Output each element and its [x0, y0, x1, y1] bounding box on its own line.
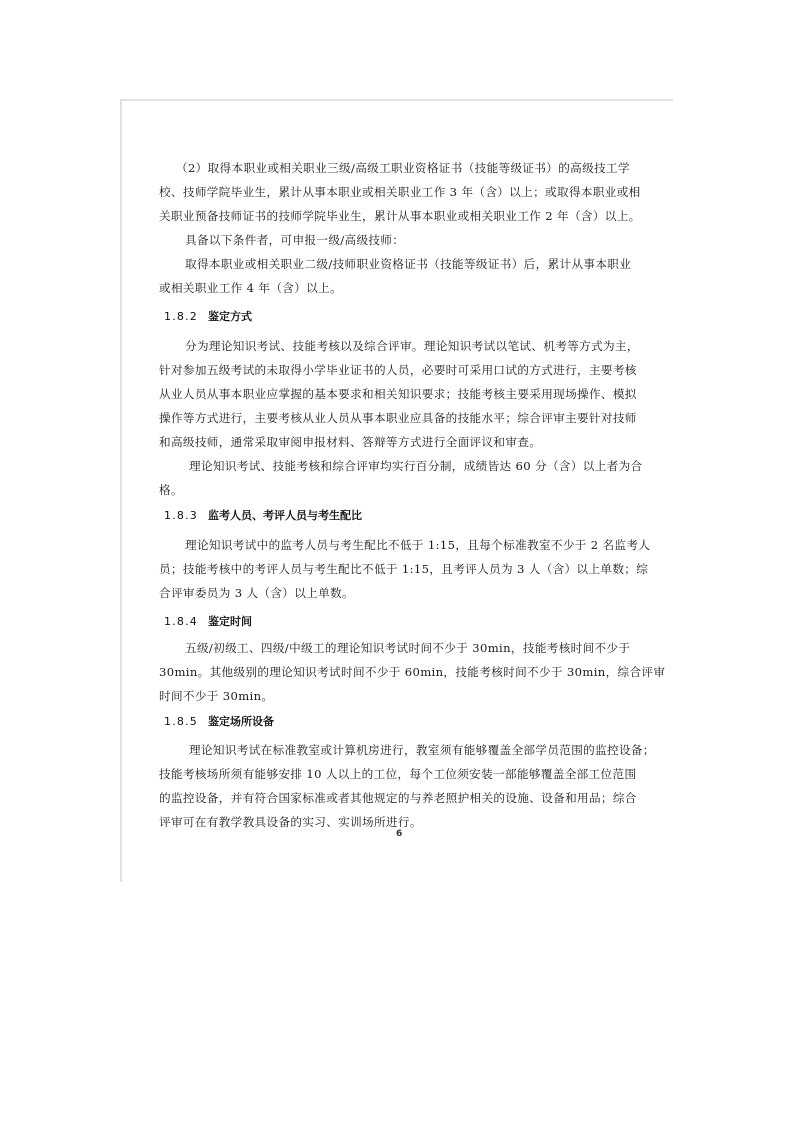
paragraph-line: 理论知识考试在标准教室或计算机房进行，教室须有能够覆盖全部学员范围的监控设备；	[189, 742, 655, 758]
paragraph-line: （2）取得本职业或相关职业三级/高级工职业资格证书（技能等级证书）的高级技工学	[176, 160, 630, 176]
paragraph-line: 评审可在有教学教具设备的实习、实训场所进行。	[159, 814, 422, 830]
paragraph-line: 针对参加五级考试的未取得小学毕业证书的人员，必要时可采用口试的方式进行，主要考核	[159, 362, 637, 378]
section-title: 监考人员、考评人员与考生配比	[208, 509, 362, 522]
section-title: 鉴定方式	[208, 310, 252, 323]
section-title: 鉴定时间	[208, 615, 252, 628]
paragraph-line: 校、技师学院毕业生，累计从事本职业或相关职业工作 3 年（含）以上；或取得本职业…	[159, 184, 641, 200]
paragraph-line: 五级/初级工、四级/中级工的理论知识考试时间不少于 30min，技能考核时间不少…	[185, 640, 630, 656]
paragraph-line: 操作等方式进行，主要考核从业人员从事本职业应具备的技能水平；综合评审主要针对技师	[159, 410, 637, 426]
paragraph-line: 技能考核场所须有能够安排 10 人以上的工位，每个工位须安装一部能够覆盖全部工位…	[159, 766, 636, 782]
section-number: 1.8.3	[164, 509, 198, 522]
paragraph-line: 格。	[159, 482, 183, 498]
paragraph-line: 分为理论知识考试、技能考核以及综合评审。理论知识考试以笔试、机考等方式为主，	[185, 338, 639, 354]
paragraph-line: 具备以下条件者，可申报一级/高级技师：	[185, 232, 404, 248]
section-number: 1.8.2	[164, 310, 198, 323]
paragraph-line: 时间不少于 30min。	[159, 688, 273, 704]
section-heading-1-8-5: 1.8.5鉴定场所设备	[164, 713, 274, 729]
paragraph-line: 理论知识考试、技能考核和综合评审均实行百分制，成绩皆达 60 分（含）以上者为合	[189, 458, 643, 474]
paragraph-line: 理论知识考试中的监考人员与考生配比不低于 1:15，且每个标准教室不少于 2 名…	[185, 537, 650, 553]
paragraph-line: 员；技能考核中的考评人员与考生配比不低于 1:15，且考评人员为 3 人（含）以…	[159, 561, 648, 577]
paragraph-line: 或相关职业工作 4 年（含）以上。	[159, 280, 342, 296]
page-frame-left-border	[120, 99, 122, 882]
paragraph-line: 取得本职业或相关职业二级/技师职业资格证书（技能等级证书）后，累计从事本职业	[185, 256, 631, 272]
section-number: 1.8.4	[164, 615, 198, 628]
paragraph-line: 关职业预备技师证书的技师学院毕业生，累计从事本职业或相关职业工作 2 年（含）以…	[159, 208, 641, 224]
page-frame-top-border	[120, 99, 673, 101]
section-heading-1-8-3: 1.8.3监考人员、考评人员与考生配比	[164, 507, 362, 523]
section-title: 鉴定场所设备	[208, 715, 274, 728]
section-heading-1-8-2: 1.8.2鉴定方式	[164, 308, 252, 324]
section-heading-1-8-4: 1.8.4鉴定时间	[164, 613, 252, 629]
paragraph-line: 和高级技师，通常采取审阅申报材料、答辩等方式进行全面评议和审查。	[159, 434, 541, 450]
paragraph-line: 合评审委员为 3 人（含）以上单数。	[159, 585, 354, 601]
paragraph-line: 从业人员从事本职业应掌握的基本要求和相关知识要求；技能考核主要采用现场操作、模拟	[159, 386, 637, 402]
paragraph-line: 30min。其他级别的理论知识考试时间不少于 60min，技能考核时间不少于 3…	[159, 664, 665, 680]
paragraph-line: 的监控设备，并有符合国家标准或者其他规定的与养老照护相关的设施、设备和用品；综合	[159, 790, 637, 806]
section-number: 1.8.5	[164, 715, 198, 728]
page-number: 6	[396, 829, 402, 839]
